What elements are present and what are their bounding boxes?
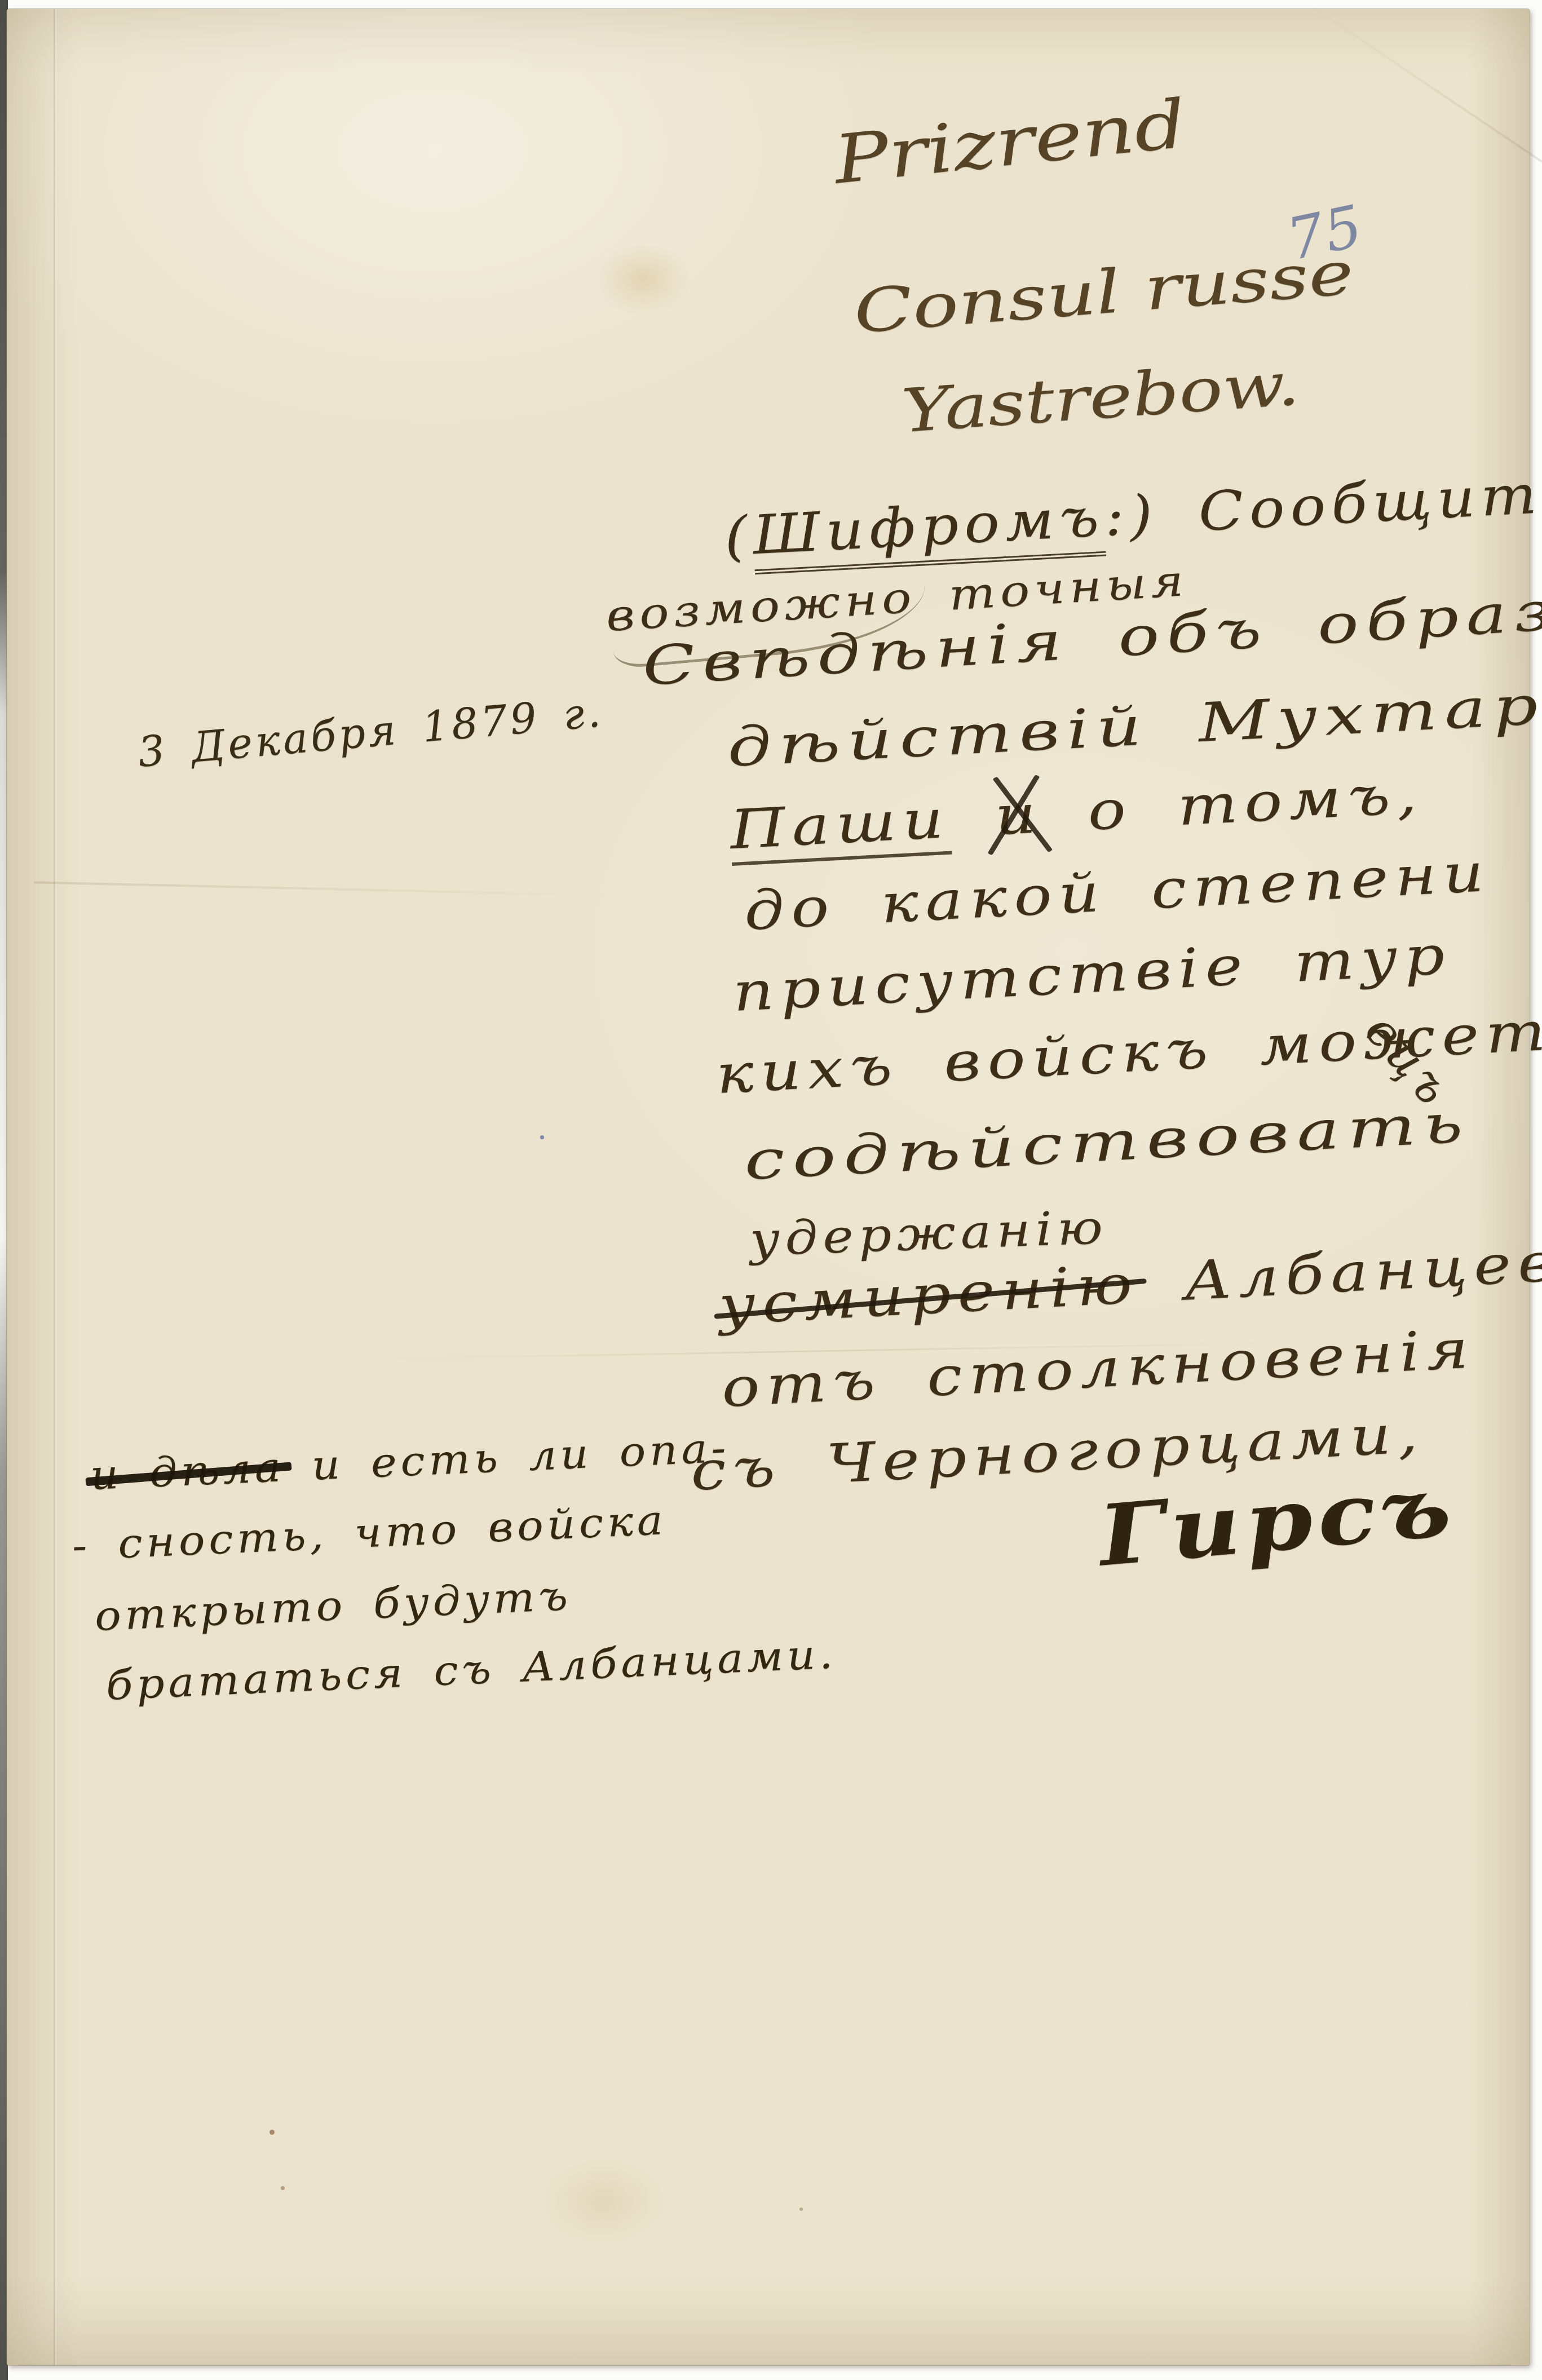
margin-note-line-2: - сность, что войска [71,1496,668,1569]
scanned-manuscript-page: { "page": { "paper_color": "#ebe3cd", "i… [0,0,1542,2380]
margin-note-line-3: открыто будутъ [94,1572,572,1640]
date-note: 3 Декабря 1879 г. [136,688,605,777]
cipher-word-underlined: Шифромъ [752,486,1106,574]
body-line-pashi: Паши и о томъ, [728,763,1425,861]
cipher-open-paren: ( [723,505,754,568]
place-heading: Prizrend [830,85,1190,199]
margin-note-line-1: и дѣла и есть ли опа- [89,1424,730,1499]
word-pashi-underlined: Паши [728,788,952,866]
interlinear-insert-uderzhaniyu: удержанію [749,1201,1108,1267]
body-line-o-tom: о томъ, [1086,763,1425,843]
cipher-close-paren: :) [1103,484,1160,548]
body-line-sodeystvovat: содѣйствовать [743,1092,1472,1192]
margin-struck-words: и дѣла [89,1443,285,1499]
crossed-out-word: и [993,783,1044,847]
addressee-name-line: Yastrebow. [900,349,1302,446]
handwriting-layer: Prizrend 75 Consul russe Yastrebow. 3 Де… [0,0,1542,2380]
body-line-prisutstvie: присутствіе тур [731,924,1453,1024]
cipher-instruction-line: (Шифромъ:) Сообщите [723,461,1542,568]
addressee-title-line: Consul russe [851,238,1356,347]
struck-word-usmireniyu: усмиренію [717,1253,1140,1337]
body-line-ot-stolknoveniya: отъ столкновенія [720,1318,1477,1419]
opening-word: Сообщите [1197,461,1542,543]
word-albantsev: Албанцевъ [1182,1228,1542,1312]
margin-note-line-4: брататься съ Албанцами. [105,1630,837,1709]
margin-note-text: и есть ли опа- [311,1424,731,1489]
